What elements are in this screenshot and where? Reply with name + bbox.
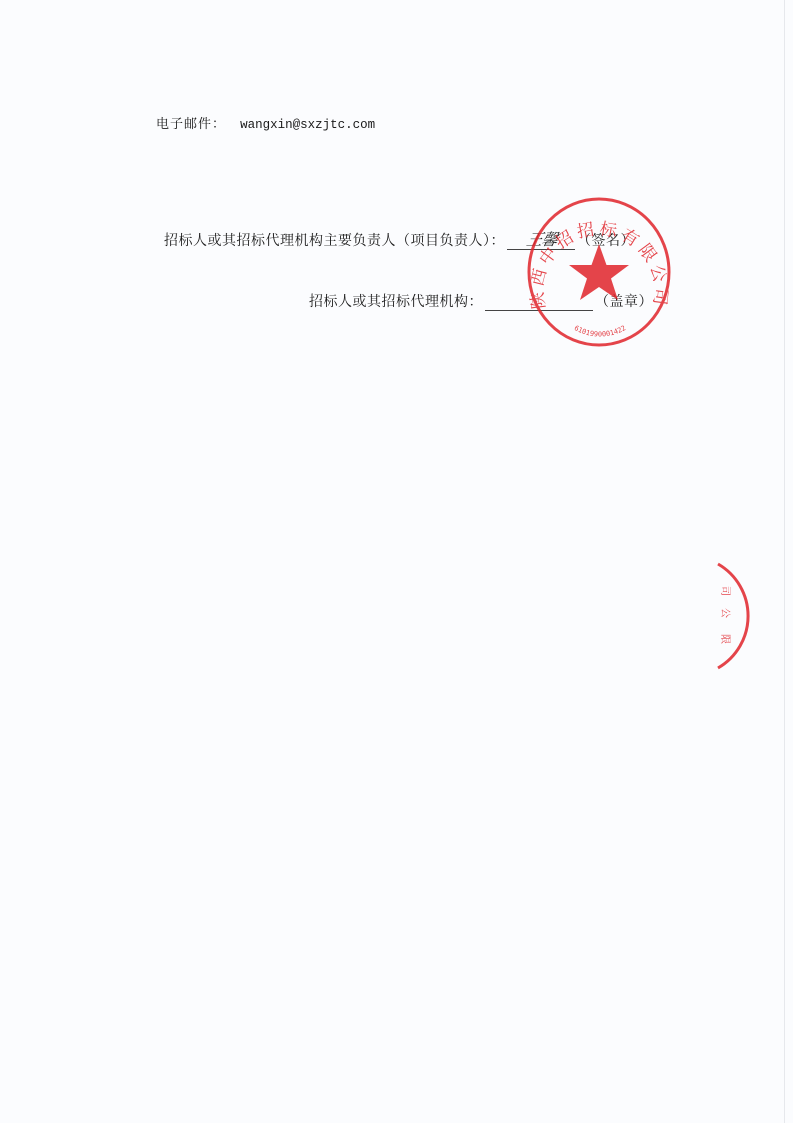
seal-field[interactable]: [485, 294, 593, 311]
agency-label: 招标人或其招标代理机构：: [309, 291, 483, 311]
company-seal-stamp: 陕西中招招标有限公司 6101990001422: [526, 196, 672, 348]
seal-suffix: （盖章）: [595, 291, 653, 311]
responsible-person-label: 招标人或其招标代理机构主要负责人（项目负责人）：: [164, 230, 505, 250]
email-row: 电子邮件： wangxin@sxzjtc.com: [156, 113, 375, 132]
svg-text:限: 限: [719, 634, 731, 644]
signature-field[interactable]: 王馨: [507, 233, 575, 250]
page-edge: [784, 0, 785, 1123]
handwritten-signature: 王馨: [525, 227, 560, 250]
signature-suffix: （签名）: [577, 230, 635, 250]
seal-serial-number: 6101990001422: [573, 324, 627, 338]
responsible-person-row: 招标人或其招标代理机构主要负责人（项目负责人）： 王馨 （签名）: [164, 230, 635, 250]
email-value: wangxin@sxzjtc.com: [240, 118, 375, 132]
svg-text:司: 司: [719, 586, 731, 596]
svg-text:公: 公: [719, 608, 730, 618]
email-label: 电子邮件：: [156, 117, 226, 132]
partial-seal-stamp: 司 公 限: [712, 560, 752, 672]
agency-row: 招标人或其招标代理机构： （盖章）: [309, 291, 653, 311]
